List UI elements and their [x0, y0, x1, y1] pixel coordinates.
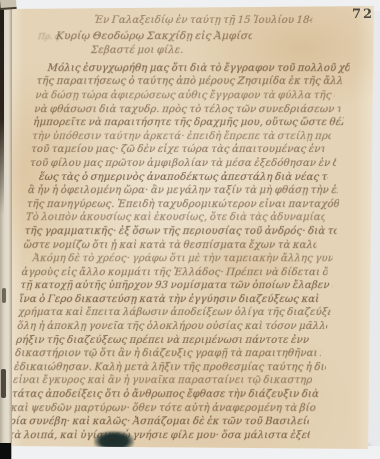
handwriting-line: ἃ ἦν ἡ ὀφειλομένη ὥρα· ἂν μεγάλην ταξίν … — [27, 184, 338, 198]
handwriting-line: νὰ φθάσωσι διὰ ταχυδρ. πρὸς τὸ τέλος τῶν… — [34, 103, 341, 117]
handwriting-line: ἐδικαιώθησαν. Καλὴ μετὰ λῆξιν τῆς προθεσ… — [13, 361, 326, 375]
handwriting-line: τῇ κατοχῇ αὐτῆς ὑπῆρχον 93 νομίσματα τῶν… — [20, 279, 333, 293]
adjacent-page-corner — [0, 0, 17, 10]
book-binding-edge — [0, 0, 12, 459]
salutation-line: Σεβαστέ μοι φίλε. — [90, 44, 191, 58]
scanned-letter-screenshot: { "page": { "number": "72" }, "letter": … — [0, 0, 380, 459]
handwriting-line: χρήματα καὶ ἔπειτα λάβωσιν ἀποδείξεων ὀλ… — [18, 306, 331, 320]
handwriting-line: τὴν ὑπόθεσιν ταύτην ἀρκετά· ἐπειδὴ ἔπρεπ… — [32, 130, 332, 144]
edge-ink-mark — [2, 288, 6, 303]
handwriting-line: ρία συνέβη· καὶ καλῶς· Ἀσπάζομαι δὲ ἐκ τ… — [9, 415, 309, 429]
handwriting-line: εἶναι ἔγκυρος καὶ ἂν ἡ γυναῖκα παρασταίν… — [12, 374, 312, 388]
handwriting-line: τάτας ἀποδείξεις ὅτι ὁ ἄνθρωπος ἔφθασε τ… — [11, 388, 322, 402]
edge-ink-mark — [1, 369, 6, 398]
handwriting-line: ἕως τὰς ὁ σημερινὸς ἀναποδέκτως ἀπεστάλη… — [28, 171, 328, 185]
handwriting-line: τῆς παραιτήσεως ὁ ταύτης ἀπὸ μέρους Ζησι… — [36, 75, 343, 89]
corner-dark-patch — [0, 443, 11, 459]
dateline: Ἐν Γαλαξειδίῳ ἐν ταύτῃ τῇ 15 Ἰουλίου 184… — [94, 14, 313, 28]
letter-page: 72 Πρ. ς. Ἐν Γαλαξειδίῳ ἐν ταύτῃ τῇ 15 Ἰ… — [5, 3, 377, 451]
handwriting-line: τοῦ φίλου μας πρῶτον ἀμφιβολίαν τὰ μέσα … — [29, 157, 336, 171]
binding-dark-strip — [0, 0, 4, 215]
handwriting-line: Ἀκόμη δὲ τὸ χρέος· γράφω ὅτι μὲ τὴν ταμε… — [22, 252, 333, 266]
handwriting-line: τὰ λοιπά, καὶ ὑγίαινε ὦ γνήσιε φίλε μου·… — [8, 429, 310, 443]
handwriting-line: ἵνα ὁ Γερο δικαστεύσῃ κατὰ τὴν ἐγγύησιν … — [19, 293, 319, 307]
handwriting-line: ἠμπορεῖτε νὰ παραιτήσητε τῆς δραχμῆς μου… — [33, 116, 344, 130]
handwriting-line: ὥστε νομίζω ὅτι ᾗ καὶ κατὰ τὰ θεσπίσματα… — [23, 239, 317, 253]
handwriting-line: ὅλη ἡ ἀποκλῃ γονεῖα τῆς ὁλοκλήρου οὐσίας… — [17, 320, 328, 334]
handwriting-line: δικαστήριον τῷ ὅτι ἂν ἡ διάζευξις γραφῇ … — [14, 347, 321, 361]
handwriting-line: ρήξιν τῆς διαζεύξεως πρέπει νὰ περιμένωσ… — [16, 334, 310, 348]
ink-blot — [94, 431, 134, 448]
handwritten-text-block: Πρ. ς. Ἐν Γαλαξειδίῳ ἐν ταύτῃ τῇ 15 Ἰουλ… — [8, 11, 356, 442]
letter-body: Μόλις ἐσυγχωρήθη μας ὅτι διὰ τὸ ἔγγραφον… — [8, 62, 352, 443]
handwriting-line: τοῦ ταμείου μας· ζῶ δὲν εἶχε τώρα τὰς ἀπ… — [31, 143, 325, 157]
handwriting-line: Μόλις ἐσυγχωρήθη μας ὅτι διὰ τὸ ἔγγραφον… — [37, 62, 350, 76]
handwriting-line: νὰ δώσῃ τώρα ἀφιερώσεως αὖθις ἔγγραφον τ… — [35, 89, 335, 103]
handwriting-line: ἀγροὺς εἰς ἄλλο κομμάτι τῆς Ἑλλάδος· Πρέ… — [21, 266, 328, 280]
handwriting-line: καὶ ψευδῶν μαρτύρων· ὅθεν τότε αὐτὴ ἀναφ… — [10, 402, 317, 416]
handwriting-line: Τὸ λοιπὸν ἀκουσίως καὶ ἑκουσίως, ὅτε διὰ… — [25, 211, 325, 225]
handwriting-line: τῆς πανηγύρεως. Ἐπειδὴ ταχυδρομικώτερον … — [26, 198, 339, 212]
addressee-line: Κυρίῳ Θεοδώρῳ Σακχίδῃ εἰς Ἀμφίσσας — [55, 30, 252, 44]
handwriting-line: τῆς γραμματικῆς· ἐξ ὅσων τῆς περιουσίας … — [24, 225, 337, 239]
